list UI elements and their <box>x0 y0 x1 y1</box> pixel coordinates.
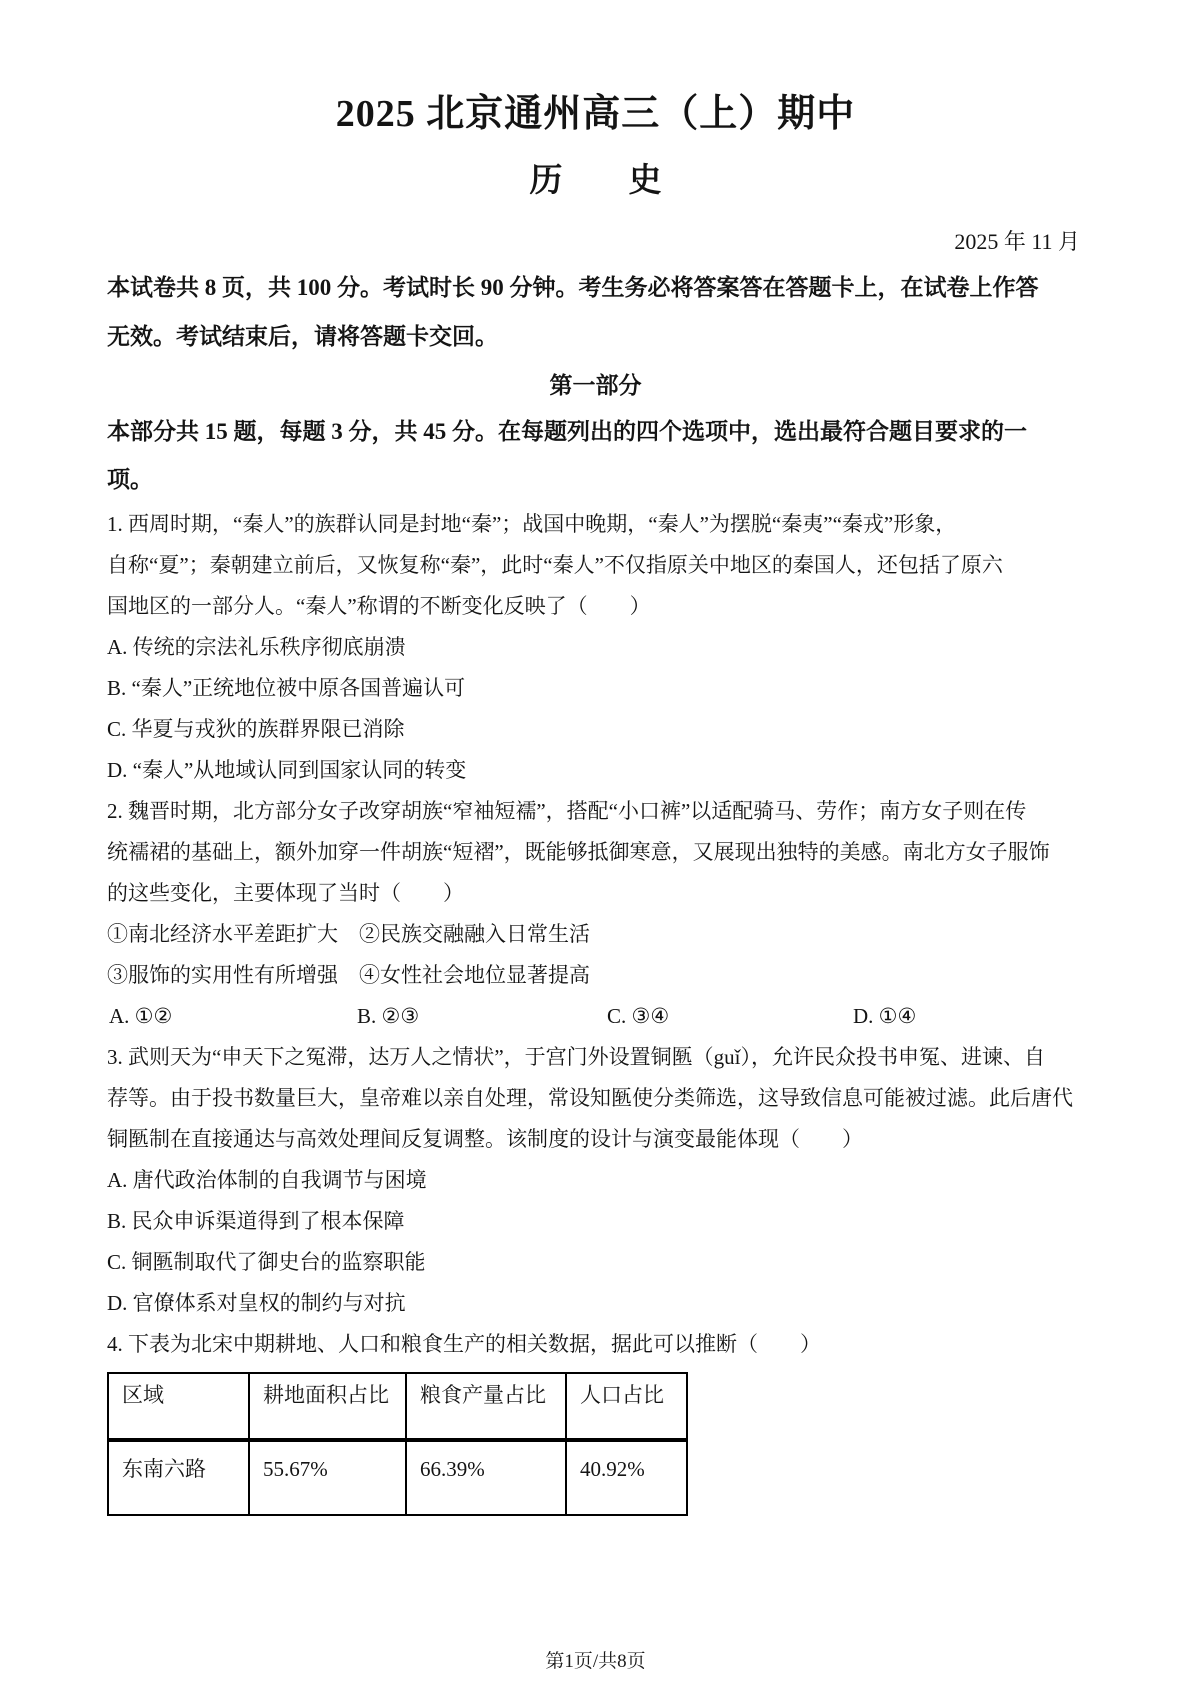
question-2-options-row: A. ①② B. ②③ C. ③④ D. ①④ <box>107 996 1107 1037</box>
exam-paper-page: 2025 北京通州高三（上）期中 历 史 2025 年 11 月 本试卷共 8 … <box>0 0 1191 1684</box>
question-2-stem-line: 的这些变化，主要体现了当时（ ） <box>107 873 1107 914</box>
question-2-stem-line: 2. 魏晋时期，北方部分女子改穿胡族“窄袖短襦”，搭配“小口裤”以适配骑马、劳作… <box>107 791 1107 832</box>
page-footer: 第1页/共8页 <box>0 1650 1191 1674</box>
table-header-farmland-share: 耕地面积占比 <box>249 1373 406 1440</box>
question-2-items-line: ③服饰的实用性有所增强 ④女性社会地位显著提高 <box>107 955 1107 996</box>
table-header-population-share: 人口占比 <box>566 1373 687 1440</box>
table-cell-farmland-share: 55.67% <box>249 1440 406 1515</box>
exam-date: 2025 年 11 月 <box>954 227 1080 257</box>
question-3-stem-line: 3. 武则天为“申天下之冤滞，达万人之情状”，于宫门外设置铜匦（guǐ），允许民… <box>107 1037 1107 1078</box>
subject-title: 历 史 <box>0 160 1191 202</box>
instruction-line: 无效。考试结束后，请将答题卡交回。 <box>107 312 1097 361</box>
exam-title: 2025 北京通州高三（上）期中 <box>0 91 1191 137</box>
question-1-stem-line: 自称“夏”；秦朝建立前后，又恢复称“秦”，此时“秦人”不仅指原关中地区的秦国人，… <box>107 545 1107 586</box>
question-1-option-c: C. 华夏与戎狄的族群界限已消除 <box>107 709 1107 750</box>
question-3-stem-line: 铜匦制在直接通达与高效处理间反复调整。该制度的设计与演变最能体现（ ） <box>107 1119 1107 1160</box>
question-2-option-d: D. ①④ <box>853 996 916 1037</box>
question-3-option-b: B. 民众申诉渠道得到了根本保障 <box>107 1201 1107 1242</box>
exam-instructions: 本试卷共 8 页，共 100 分。考试时长 90 分钟。考生务必将答案答在答题卡… <box>107 263 1097 361</box>
question-2-items-line: ①南北经济水平差距扩大 ②民族交融融入日常生活 <box>107 914 1107 955</box>
question-1-stem-line: 国地区的一部分人。“秦人”称谓的不断变化反映了（ ） <box>107 586 1107 627</box>
section-heading: 第一部分 <box>0 362 1191 410</box>
table-cell-population-share: 40.92% <box>566 1440 687 1515</box>
question-1-option-b: B. “秦人”正统地位被中原各国普遍认可 <box>107 668 1107 709</box>
questions-block: 1. 西周时期，“秦人”的族群认同是封地“秦”；战国中晚期，“秦人”为摆脱“秦夷… <box>107 504 1107 1516</box>
question-2-option-a: A. ①② <box>109 996 172 1037</box>
question-2-option-c: C. ③④ <box>607 996 669 1037</box>
question-3-stem-line: 荐等。由于投书数量巨大，皇帝难以亲自处理，常设知匦使分类筛选，这导致信息可能被过… <box>107 1078 1107 1119</box>
table-row: 东南六路 55.67% 66.39% 40.92% <box>108 1440 687 1515</box>
section-description: 本部分共 15 题，每题 3 分，共 45 分。在每题列出的四个选项中，选出最符… <box>107 408 1097 504</box>
question-1-option-a: A. 传统的宗法礼乐秩序彻底崩溃 <box>107 627 1107 668</box>
instruction-line: 本试卷共 8 页，共 100 分。考试时长 90 分钟。考生务必将答案答在答题卡… <box>107 263 1097 312</box>
question-1-stem-line: 1. 西周时期，“秦人”的族群认同是封地“秦”；战国中晚期，“秦人”为摆脱“秦夷… <box>107 504 1107 545</box>
table-header-grain-share: 粮食产量占比 <box>406 1373 566 1440</box>
section-description-line: 项。 <box>107 456 1097 504</box>
section-description-line: 本部分共 15 题，每题 3 分，共 45 分。在每题列出的四个选项中，选出最符… <box>107 408 1097 456</box>
question-2-stem-line: 统襦裙的基础上，额外加穿一件胡族“短褶”，既能够抵御寒意，又展现出独特的美感。南… <box>107 832 1107 873</box>
table-cell-region: 东南六路 <box>108 1440 249 1515</box>
question-4-stem-line: 4. 下表为北宋中期耕地、人口和粮食生产的相关数据，据此可以推断（ ） <box>107 1324 1107 1365</box>
table-cell-grain-share: 66.39% <box>406 1440 566 1515</box>
question-3-option-d: D. 官僚体系对皇权的制约与对抗 <box>107 1283 1107 1324</box>
question-3-option-a: A. 唐代政治体制的自我调节与困境 <box>107 1160 1107 1201</box>
question-4-data-table: 区域 耕地面积占比 粮食产量占比 人口占比 东南六路 55.67% 66.39%… <box>107 1372 688 1516</box>
table-header-region: 区域 <box>108 1373 249 1440</box>
question-3-option-c: C. 铜匦制取代了御史台的监察职能 <box>107 1242 1107 1283</box>
question-2-option-b: B. ②③ <box>357 996 419 1037</box>
table-header-row: 区域 耕地面积占比 粮食产量占比 人口占比 <box>108 1373 687 1440</box>
question-1-option-d: D. “秦人”从地域认同到国家认同的转变 <box>107 750 1107 791</box>
